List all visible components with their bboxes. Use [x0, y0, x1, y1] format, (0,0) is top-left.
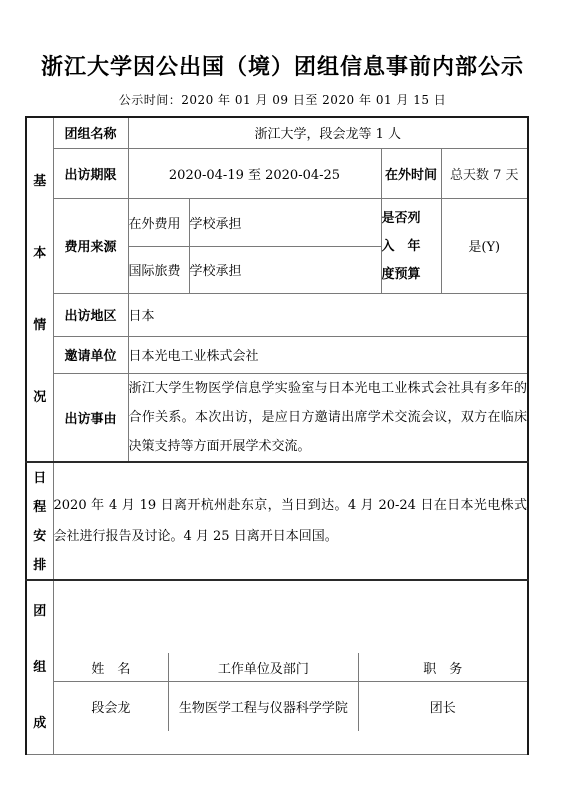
inviter-label: 邀请单位	[53, 336, 128, 373]
page-title: 浙江大学因公出国（境）团组信息事前内部公示	[0, 50, 565, 81]
funding-sub2-label: 国际旅费	[128, 246, 189, 293]
member-role: 团长	[359, 682, 527, 731]
section-label-members: 团组成	[26, 580, 53, 755]
members-table: 姓 名 工作单位及部门 职 务 段会龙 生物医学工程与仪器科学学院 团长	[54, 653, 528, 731]
row-schedule: 日程安排 2020 年 4 月 19 日离开杭州赴东京，当日到达。4 月 20-…	[26, 462, 528, 580]
notice-page: 浙江大学因公出国（境）团组信息事前内部公示 公示时间：2020 年 01 月 0…	[0, 0, 565, 800]
section-label-members-text: 团组成	[32, 583, 48, 751]
members-header-name: 姓 名	[54, 653, 170, 681]
region-label: 出访地区	[53, 293, 128, 336]
members-header-row: 姓 名 工作单位及部门 职 务	[54, 653, 528, 682]
reason-value: 浙江大学生物医学信息学实验室与日本光电工业株式会社具有多年的合作关系。本次出访，…	[128, 373, 528, 462]
section-label-basic-info: 基本情况	[26, 117, 53, 462]
row-region: 出访地区 日本	[26, 293, 528, 336]
members-header-role: 职 务	[359, 653, 527, 681]
row-members: 团组成 姓 名 工作单位及部门 职 务 段会龙 生物医学工程与仪器科学学院 团长	[26, 580, 528, 755]
schedule-value: 2020 年 4 月 19 日离开杭州赴东京，当日到达。4 月 20-24 日在…	[53, 462, 528, 580]
member-unit: 生物医学工程与仪器科学学院	[169, 682, 358, 731]
funding-sub2-value: 学校承担	[189, 246, 381, 293]
row-inviter: 邀请单位 日本光电工业株式会社	[26, 336, 528, 373]
group-name-value: 浙江大学，段会龙等 1 人	[128, 117, 528, 148]
row-funding-abroad: 费用来源 在外费用 学校承担 是否列 入 年 度预算 是(Y)	[26, 198, 528, 246]
row-period: 出访期限 2020-04-19 至 2020-04-25 在外时间 总天数 7 …	[26, 148, 528, 198]
member-row: 段会龙 生物医学工程与仪器科学学院 团长	[54, 682, 528, 731]
period-label: 出访期限	[53, 148, 128, 198]
member-name: 段会龙	[54, 682, 170, 731]
region-value: 日本	[128, 293, 528, 336]
row-group-name: 基本情况 团组名称 浙江大学，段会龙等 1 人	[26, 117, 528, 148]
funding-sub1-value: 学校承担	[189, 198, 381, 246]
funding-label: 费用来源	[53, 198, 128, 293]
members-cell: 姓 名 工作单位及部门 职 务 段会龙 生物医学工程与仪器科学学院 团长	[53, 580, 528, 755]
period-value: 2020-04-19 至 2020-04-25	[128, 148, 381, 198]
abroad-time-label: 在外时间	[381, 148, 441, 198]
budget-label: 是否列 入 年 度预算	[381, 198, 441, 293]
members-header-unit: 工作单位及部门	[169, 653, 358, 681]
inviter-value: 日本光电工业株式会社	[128, 336, 528, 373]
group-name-label: 团组名称	[53, 117, 128, 148]
funding-sub1-label: 在外费用	[128, 198, 189, 246]
section-label-schedule-text: 日程安排	[32, 463, 48, 579]
budget-value: 是(Y)	[441, 198, 528, 293]
row-reason: 出访事由 浙江大学生物医学信息学实验室与日本光电工业株式会社具有多年的合作关系。…	[26, 373, 528, 462]
reason-label: 出访事由	[53, 373, 128, 462]
publicity-period: 公示时间：2020 年 01 月 09 日至 2020 年 01 月 15 日	[0, 91, 565, 108]
section-label-basic-info-text: 基本情况	[32, 145, 48, 433]
notice-table: 基本情况 团组名称 浙江大学，段会龙等 1 人 出访期限 2020-04-19 …	[25, 116, 529, 755]
section-label-schedule: 日程安排	[26, 462, 53, 580]
abroad-time-value: 总天数 7 天	[441, 148, 528, 198]
